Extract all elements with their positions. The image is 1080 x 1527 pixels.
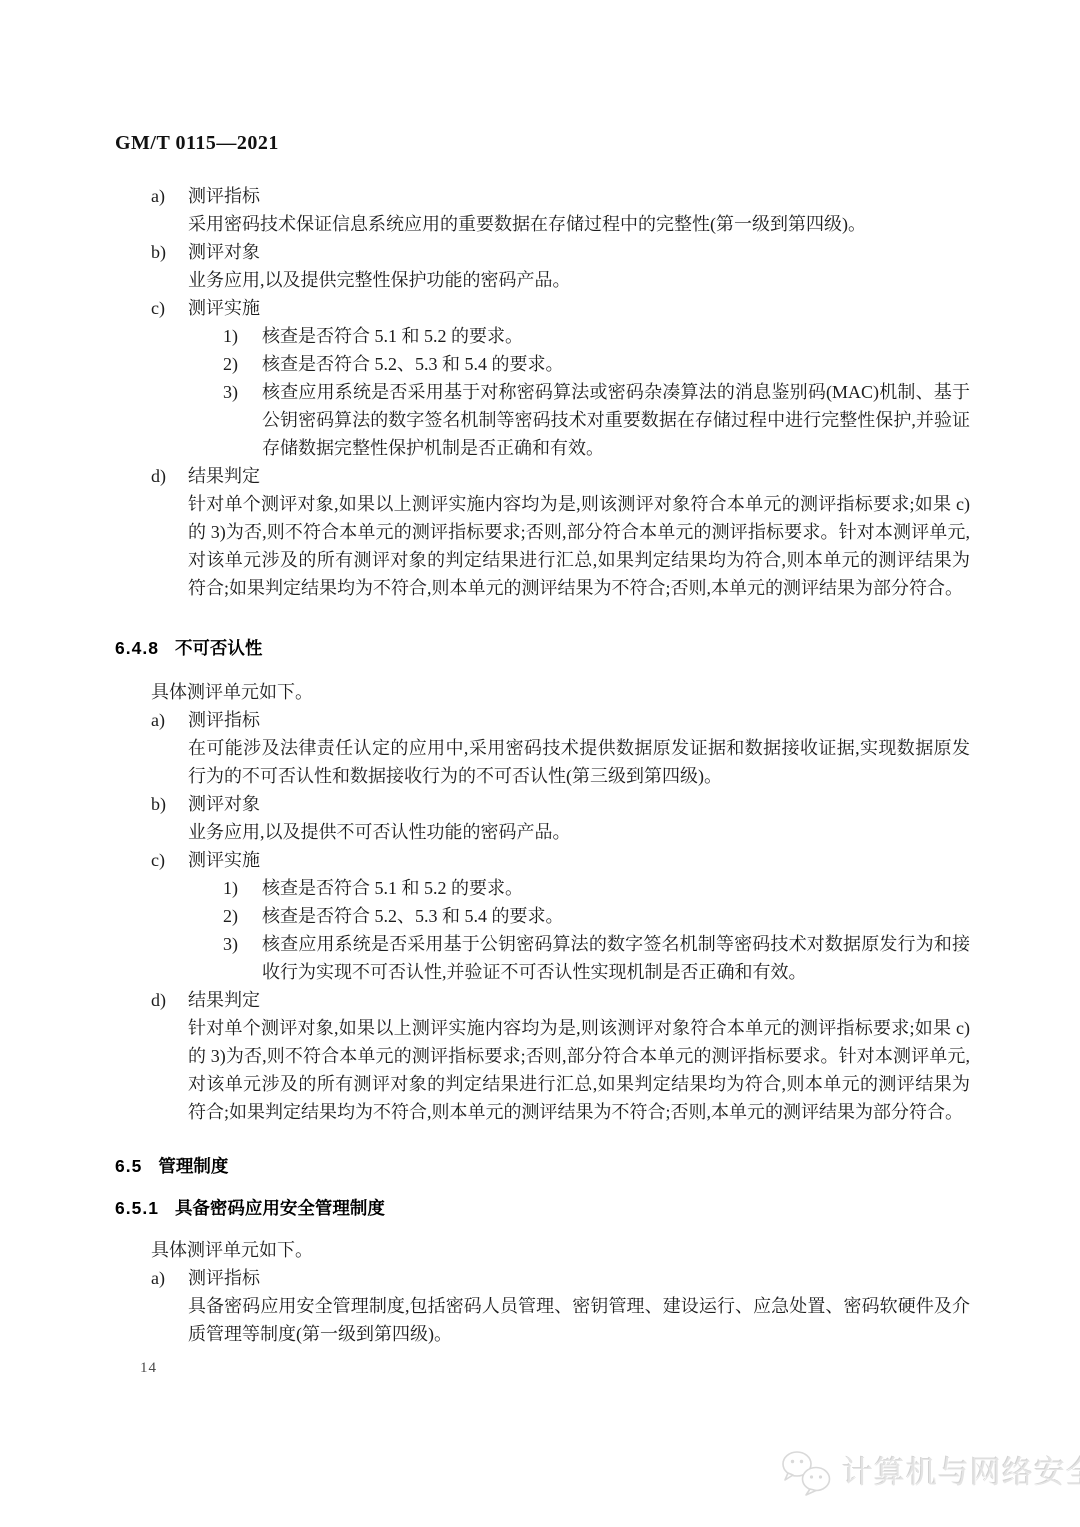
intro-paragraph: 具体测评单元如下。	[115, 1236, 973, 1264]
watermark-text: 计算机与网络安全	[842, 1459, 1080, 1487]
list-item-marker: d)	[151, 986, 166, 1014]
numbered-item-marker: 1)	[223, 874, 238, 902]
paragraph: 业务应用,以及提供完整性保护功能的密码产品。	[188, 266, 970, 294]
list-item: a)测评指标	[188, 182, 970, 210]
wechat-icon	[780, 1448, 834, 1498]
list-item: d)结果判定	[188, 986, 970, 1014]
paragraph: 业务应用,以及提供不可否认性功能的密码产品。	[188, 818, 970, 846]
numbered-item-text: 核查是否符合 5.1 和 5.2 的要求。	[262, 326, 523, 346]
numbered-item: 2)核查是否符合 5.2、5.3 和 5.4 的要求。	[262, 902, 970, 930]
numbered-item-text: 核查是否符合 5.2、5.3 和 5.4 的要求。	[262, 906, 564, 926]
doc-number: GM/T 0115—2021	[115, 128, 973, 158]
numbered-item: 1)核查是否符合 5.1 和 5.2 的要求。	[262, 322, 970, 350]
list-item-marker: c)	[151, 846, 165, 874]
section-number: 6.4.8	[115, 638, 159, 658]
list-item-label: 测评实施	[188, 850, 260, 870]
document-page: GM/T 0115—2021 a)测评指标 采用密码技术保证信息系统应用的重要数…	[0, 0, 1080, 1527]
list-item: d)结果判定	[188, 462, 970, 490]
numbered-item-text: 核查应用系统是否采用基于对称密码算法或密码杂凑算法的消息鉴别码(MAC)机制、基…	[262, 382, 970, 458]
list-item: c)测评实施	[188, 846, 970, 874]
numbered-item-text: 核查是否符合 5.1 和 5.2 的要求。	[262, 878, 523, 898]
list-item: b)测评对象	[188, 238, 970, 266]
numbered-item: 2)核查是否符合 5.2、5.3 和 5.4 的要求。	[262, 350, 970, 378]
paragraph: 针对单个测评对象,如果以上测评实施内容均为是,则该测评对象符合本单元的测评指标要…	[188, 1014, 970, 1126]
list-item-marker: d)	[151, 462, 166, 490]
list-item: b)测评对象	[188, 790, 970, 818]
section-title: 具备密码应用安全管理制度	[175, 1198, 385, 1218]
list-item: c)测评实施	[188, 294, 970, 322]
list-item: a)测评指标	[188, 706, 970, 734]
list-item-label: 测评对象	[188, 242, 260, 262]
document-content: GM/T 0115—2021 a)测评指标 采用密码技术保证信息系统应用的重要数…	[115, 128, 973, 1382]
paragraph: 具备密码应用安全管理制度,包括密码人员管理、密钥管理、建设运行、应急处置、密码软…	[188, 1292, 970, 1348]
watermark: 计算机与网络安全	[780, 1448, 1080, 1498]
list-item-label: 测评指标	[188, 1268, 260, 1288]
list-item-label: 结果判定	[188, 990, 260, 1010]
list-item-marker: b)	[151, 238, 166, 266]
numbered-item-marker: 2)	[223, 350, 238, 378]
list-item-label: 结果判定	[188, 466, 260, 486]
list-item-marker: b)	[151, 790, 166, 818]
numbered-item-text: 核查应用系统是否采用基于公钥密码算法的数字签名机制等密码技术对数据原发行为和接收…	[262, 934, 970, 982]
numbered-item-text: 核查是否符合 5.2、5.3 和 5.4 的要求。	[262, 354, 564, 374]
list-item-marker: c)	[151, 294, 165, 322]
section-title: 管理制度	[158, 1156, 228, 1176]
intro-paragraph: 具体测评单元如下。	[115, 678, 973, 706]
list-item-label: 测评实施	[188, 298, 260, 318]
page-number: 14	[140, 1354, 973, 1382]
numbered-item-marker: 2)	[223, 902, 238, 930]
numbered-item-marker: 3)	[223, 930, 238, 958]
numbered-item-marker: 1)	[223, 322, 238, 350]
list-item-marker: a)	[151, 706, 165, 734]
numbered-item-marker: 3)	[223, 378, 238, 406]
list-item-label: 测评指标	[188, 186, 260, 206]
paragraph: 在可能涉及法律责任认定的应用中,采用密码技术提供数据原发证据和数据接收证据,实现…	[188, 734, 970, 790]
list-item: a)测评指标	[188, 1264, 970, 1292]
paragraph: 针对单个测评对象,如果以上测评实施内容均为是,则该测评对象符合本单元的测评指标要…	[188, 490, 970, 602]
section-number: 6.5	[115, 1156, 142, 1176]
list-item-label: 测评对象	[188, 794, 260, 814]
section-number: 6.5.1	[115, 1198, 159, 1218]
numbered-item: 1)核查是否符合 5.1 和 5.2 的要求。	[262, 874, 970, 902]
numbered-item: 3)核查应用系统是否采用基于对称密码算法或密码杂凑算法的消息鉴别码(MAC)机制…	[262, 378, 970, 462]
section-heading: 6.4.8不可否认性	[115, 634, 973, 662]
list-item-marker: a)	[151, 182, 165, 210]
section-title: 不可否认性	[175, 638, 263, 658]
numbered-item: 3)核查应用系统是否采用基于公钥密码算法的数字签名机制等密码技术对数据原发行为和…	[262, 930, 970, 986]
paragraph: 采用密码技术保证信息系统应用的重要数据在存储过程中的完整性(第一级到第四级)。	[188, 210, 970, 238]
section-heading: 6.5管理制度	[115, 1152, 973, 1180]
section-heading: 6.5.1具备密码应用安全管理制度	[115, 1194, 973, 1222]
list-item-marker: a)	[151, 1264, 165, 1292]
list-item-label: 测评指标	[188, 710, 260, 730]
